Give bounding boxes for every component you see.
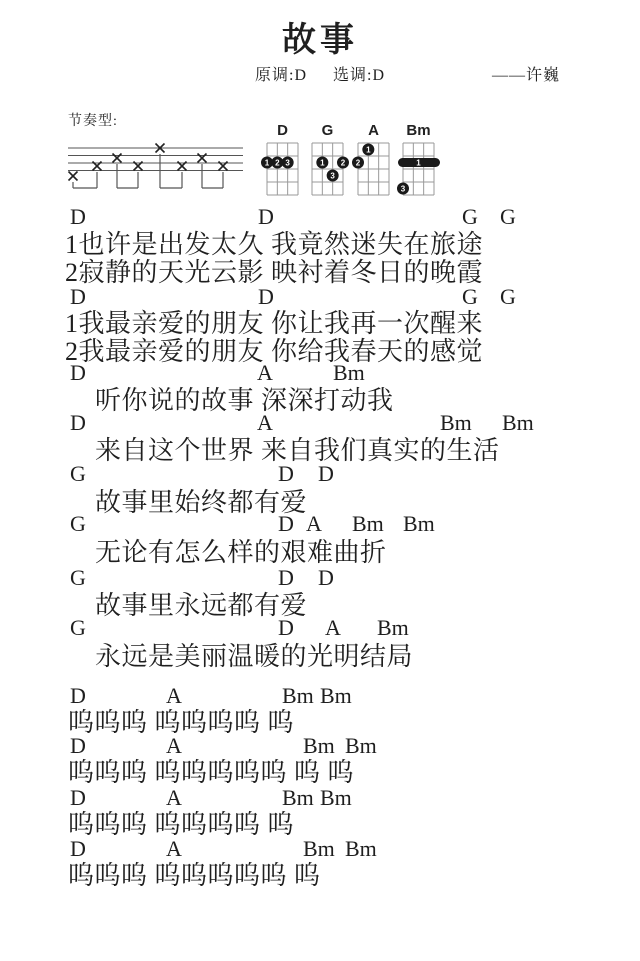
chord-label: Bm <box>320 683 352 709</box>
chord-label: D <box>70 410 86 436</box>
selected-key-label: 选调:D <box>333 62 385 85</box>
chord-label: Bm <box>345 836 377 862</box>
svg-text:2: 2 <box>275 159 280 168</box>
chord-label: Bm <box>403 511 435 537</box>
svg-text:1: 1 <box>366 146 371 155</box>
svg-text:Bm: Bm <box>406 122 430 139</box>
chord-label: D <box>70 360 86 386</box>
chord-diagram-G: G123 <box>306 119 350 203</box>
chord-label: Bm <box>502 410 534 436</box>
lyric-line: 呜呜呜 呜呜呜呜呜 呜 呜 <box>68 752 354 789</box>
lyric-line: 2寂静的天光云影 映衬着冬日的晚霞 <box>65 252 483 289</box>
chord-diagram-Bm: Bm13 <box>397 119 441 203</box>
chord-label: G <box>500 284 516 310</box>
chord-diagram-D: D123 <box>261 119 305 203</box>
original-key-label: 原调:D <box>255 62 307 85</box>
key-info: 原调:D 选调:D <box>255 62 385 85</box>
chord-label: G <box>70 615 86 641</box>
svg-text:A: A <box>368 122 379 139</box>
svg-text:2: 2 <box>356 159 361 168</box>
svg-text:1: 1 <box>416 159 421 168</box>
rhythm-pattern-label: 节奏型: <box>68 110 118 130</box>
lyric-line: 无论有怎么样的艰难曲折 <box>95 532 387 569</box>
lyric-line: 永远是美丽温暖的光明结局 <box>95 636 413 673</box>
lyric-line: 呜呜呜 呜呜呜呜呜 呜 <box>68 855 321 892</box>
chord-diagram-A: A12 <box>352 119 396 203</box>
page-title: 故事 <box>0 12 640 61</box>
lyric-line: 听你说的故事 深深打动我 <box>95 380 394 417</box>
svg-text:1: 1 <box>320 159 325 168</box>
chord-label: D <box>318 461 334 487</box>
rhythm-pattern-staff <box>62 140 252 198</box>
song-sheet-page: 故事 原调:D 选调:D ——许巍 节奏型: D123G123A12Bm13 D… <box>0 0 640 961</box>
artist-name: ——许巍 <box>492 62 560 85</box>
lyric-line: 故事里始终都有爱 <box>95 482 307 519</box>
svg-text:3: 3 <box>285 159 290 168</box>
chord-label: G <box>70 565 86 591</box>
svg-text:3: 3 <box>330 172 335 181</box>
chord-label: G <box>500 204 516 230</box>
chord-label: Bm <box>320 785 352 811</box>
lyric-line: 故事里永远都有爱 <box>95 585 307 622</box>
svg-text:1: 1 <box>265 159 270 168</box>
chord-label: G <box>70 461 86 487</box>
svg-text:G: G <box>322 122 334 139</box>
chord-label: D <box>318 565 334 591</box>
svg-text:3: 3 <box>401 185 406 194</box>
svg-text:2: 2 <box>341 159 346 168</box>
chord-label: G <box>70 511 86 537</box>
svg-text:D: D <box>277 122 288 139</box>
lyric-line: 2我最亲爱的朋友 你给我春天的感觉 <box>65 331 483 368</box>
lyric-line: 来自这个世界 来自我们真实的生活 <box>95 430 500 467</box>
